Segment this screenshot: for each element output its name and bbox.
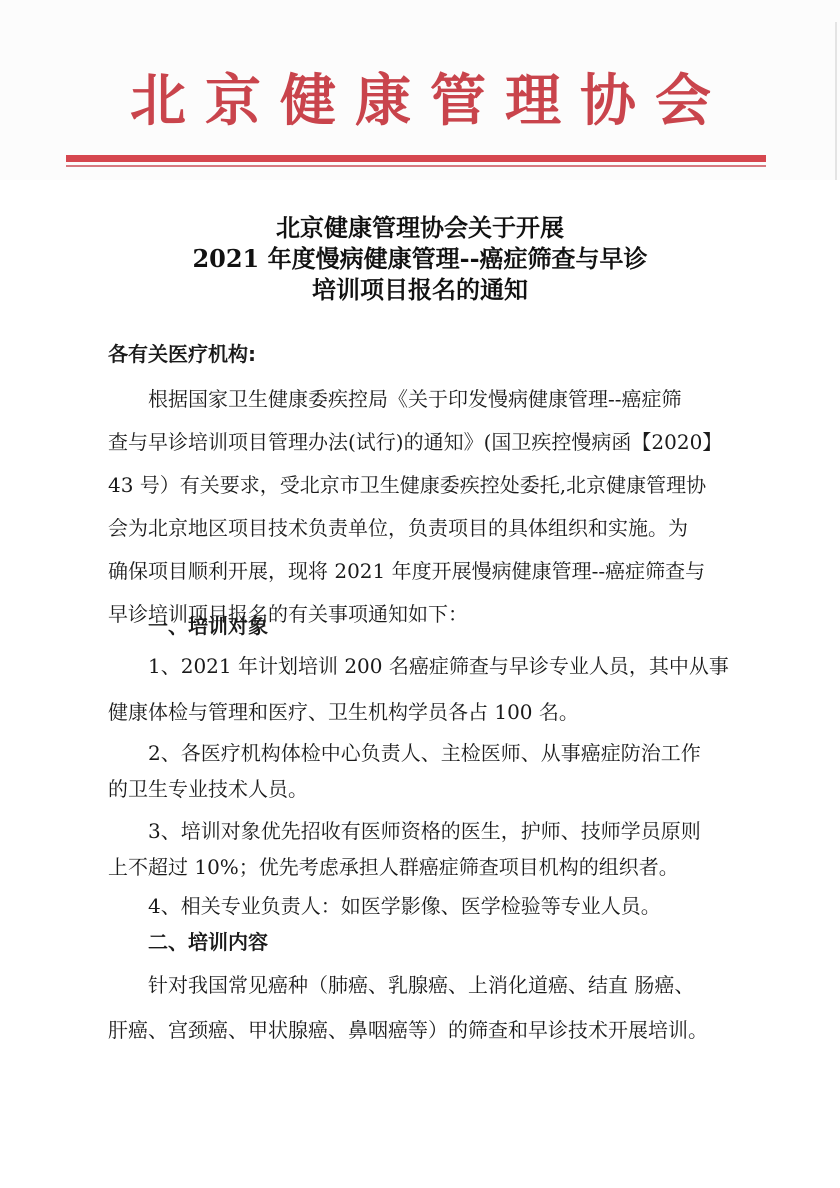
salutation: 各有关医疗机构:: [108, 340, 256, 368]
org-char: 管: [428, 66, 488, 138]
org-char: 北: [128, 66, 188, 138]
org-char: 协: [578, 66, 638, 138]
letterhead: 北 京 健 康 管 理 协 会: [0, 0, 840, 180]
organization-name: 北 京 健 康 管 理 协 会: [128, 66, 713, 138]
intro-line: 会为北京地区项目技术负责单位，负责项目的具体组织和实施。为: [108, 514, 688, 542]
section2-heading: 二、培训内容: [108, 928, 268, 956]
title-line-3: 培训项目报名的通知: [0, 274, 840, 305]
item1-line: 健康体检与管理和医疗、卫生机构学员各占 100 名。: [108, 698, 579, 726]
item2-line: 的卫生专业技术人员。: [108, 775, 308, 803]
org-char: 京: [203, 66, 263, 138]
org-char: 健: [278, 66, 338, 138]
item3-line: 3、培训对象优先招收有医师资格的医生，护师、技师学员原则: [108, 817, 701, 845]
item3-line: 上不超过 10%；优先考虑承担人群癌症筛查项目机构的组织者。: [108, 853, 679, 881]
scan-edge-line: [835, 22, 837, 180]
org-char: 康: [353, 66, 413, 138]
section1-heading-text: 一、培训对象: [108, 614, 268, 638]
section2-line: 肝癌、宫颈癌、甲状腺癌、鼻咽癌等）的筛查和早诊技术开展培训。: [108, 1016, 708, 1044]
section1-heading: 一、培训对象: [108, 612, 268, 640]
intro-line: 确保项目顺利开展，现将 2021 年度开展慢病健康管理--癌症筛查与: [108, 557, 705, 585]
letterhead-thin-rule: [66, 165, 766, 167]
title-line-1: 北京健康管理协会关于开展: [0, 212, 840, 243]
intro-line: 根据国家卫生健康委疾控局《关于印发慢病健康管理--癌症筛: [108, 385, 682, 413]
item1-line: 1、2021 年计划培训 200 名癌症筛查与早诊专业人员，其中从事: [108, 652, 729, 680]
title-line-2: 2021 年度慢病健康管理--癌症筛查与早诊: [0, 243, 840, 274]
org-char: 会: [653, 66, 713, 138]
item2-line: 2、各医疗机构体检中心负责人、主检医师、从事癌症防治工作: [108, 739, 701, 767]
letterhead-thick-rule: [66, 155, 766, 162]
section2-line: 针对我国常见癌种（肺癌、乳腺癌、上消化道癌、结直 肠癌、: [108, 971, 694, 999]
item4-line: 4、相关专业负责人：如医学影像、医学检验等专业人员。: [108, 892, 661, 920]
intro-line: 查与早诊培训项目管理办法(试行)的通知》(国卫疾控慢病函【2020】: [108, 428, 722, 456]
intro-line: 43 号）有关要求，受北京市卫生健康委疾控处委托,北京健康管理协: [108, 471, 706, 499]
org-char: 理: [503, 66, 563, 138]
document-title: 北京健康管理协会关于开展 2021 年度慢病健康管理--癌症筛查与早诊 培训项目…: [0, 212, 840, 305]
